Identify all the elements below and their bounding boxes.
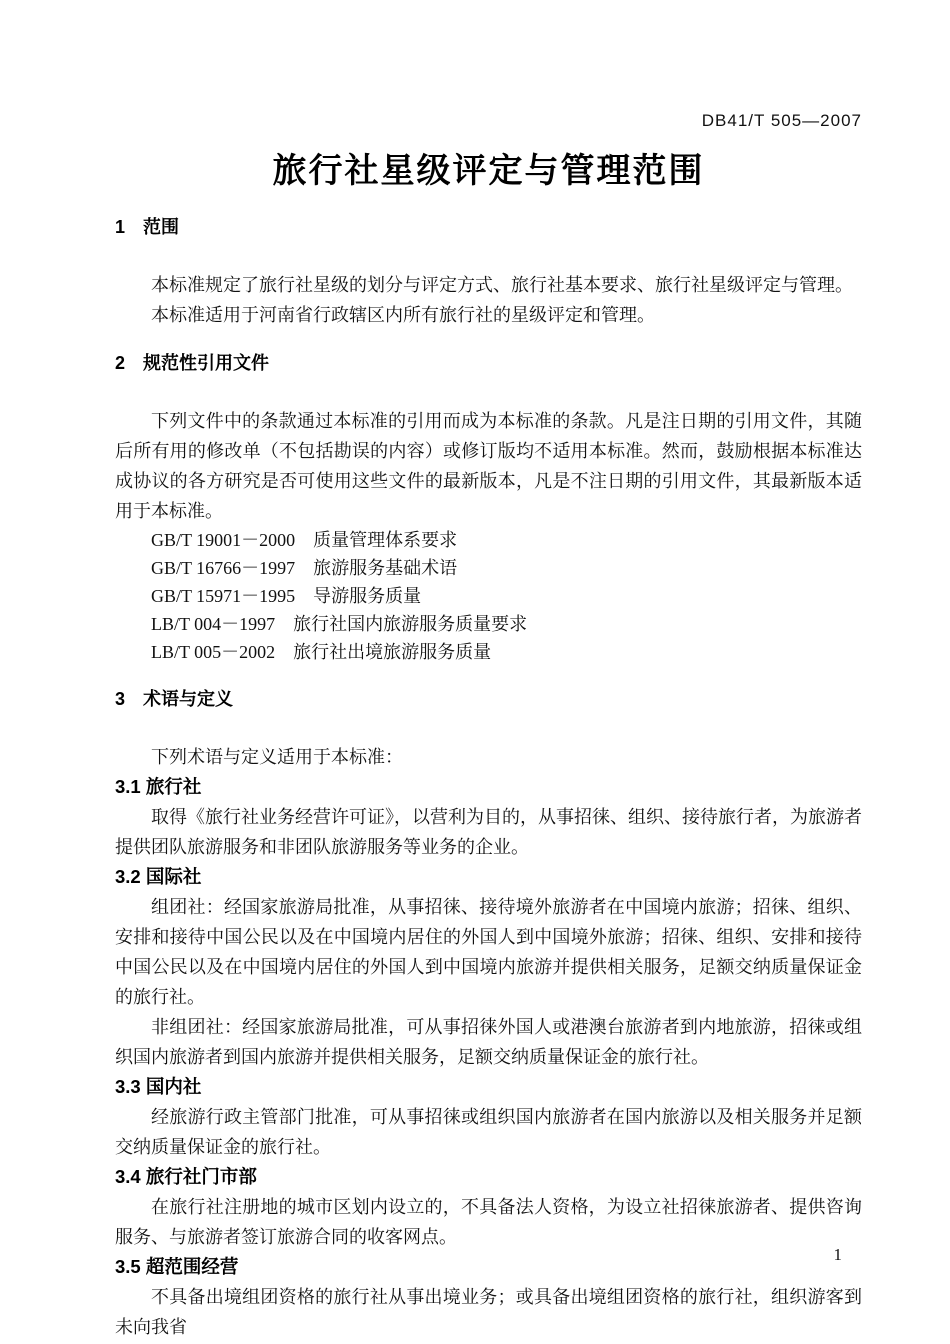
subsection-heading: 3.3 国内社 — [115, 1072, 862, 1102]
section-heading: 1 范围 — [115, 212, 862, 242]
reference-line: GB/T 19001－2000 质量管理体系要求 — [115, 526, 862, 554]
paragraph: 组团社：经国家旅游局批准，从事招徕、接待境外旅游者在中国境内旅游；招徕、组织、安… — [115, 892, 862, 1012]
paragraph: 本标准规定了旅行社星级的划分与评定方式、旅行社基本要求、旅行社星级评定与管理。 — [115, 270, 862, 300]
paragraph: 下列术语与定义适用于本标准： — [115, 742, 862, 772]
document-content: DB41/T 505—2007 旅行社星级评定与管理范围 1 范围本标准规定了旅… — [115, 110, 862, 1342]
document-title: 旅行社星级评定与管理范围 — [115, 148, 862, 194]
subsection-heading: 3.2 国际社 — [115, 862, 862, 892]
subsection-heading: 3.5 超范围经营 — [115, 1252, 862, 1282]
section-heading: 2 规范性引用文件 — [115, 348, 862, 378]
page-number: 1 — [834, 1244, 843, 1266]
reference-line: GB/T 15971－1995 导游服务质量 — [115, 582, 862, 610]
paragraph: 本标准适用于河南省行政辖区内所有旅行社的星级评定和管理。 — [115, 300, 862, 330]
section-heading: 3 术语与定义 — [115, 684, 862, 714]
paragraph: 不具备出境组团资格的旅行社从事出境业务；或具备出境组团资格的旅行社，组织游客到未… — [115, 1282, 862, 1342]
reference-line: LB/T 004－1997 旅行社国内旅游服务质量要求 — [115, 610, 862, 638]
subsection-heading: 3.1 旅行社 — [115, 772, 862, 802]
reference-line: LB/T 005－2002 旅行社出境旅游服务质量 — [115, 638, 862, 666]
paragraph: 下列文件中的条款通过本标准的引用而成为本标准的条款。凡是注日期的引用文件，其随后… — [115, 406, 862, 526]
paragraph: 在旅行社注册地的城市区划内设立的，不具备法人资格，为设立社招徕旅游者、提供咨询服… — [115, 1192, 862, 1252]
reference-line: GB/T 16766－1997 旅游服务基础术语 — [115, 554, 862, 582]
paragraph: 经旅游行政主管部门批准，可从事招徕或组织国内旅游者在国内旅游以及相关服务并足额交… — [115, 1102, 862, 1162]
paragraph: 非组团社：经国家旅游局批准，可从事招徕外国人或港澳台旅游者到内地旅游，招徕或组织… — [115, 1012, 862, 1072]
subsection-heading: 3.4 旅行社门市部 — [115, 1162, 862, 1192]
document-page: DB41/T 505—2007 旅行社星级评定与管理范围 1 范围本标准规定了旅… — [0, 0, 950, 1344]
paragraph: 取得《旅行社业务经营许可证》，以营利为目的，从事招徕、组织、接待旅行者，为旅游者… — [115, 802, 862, 862]
document-body: 1 范围本标准规定了旅行社星级的划分与评定方式、旅行社基本要求、旅行社星级评定与… — [115, 212, 862, 1342]
standard-code: DB41/T 505—2007 — [115, 110, 862, 132]
